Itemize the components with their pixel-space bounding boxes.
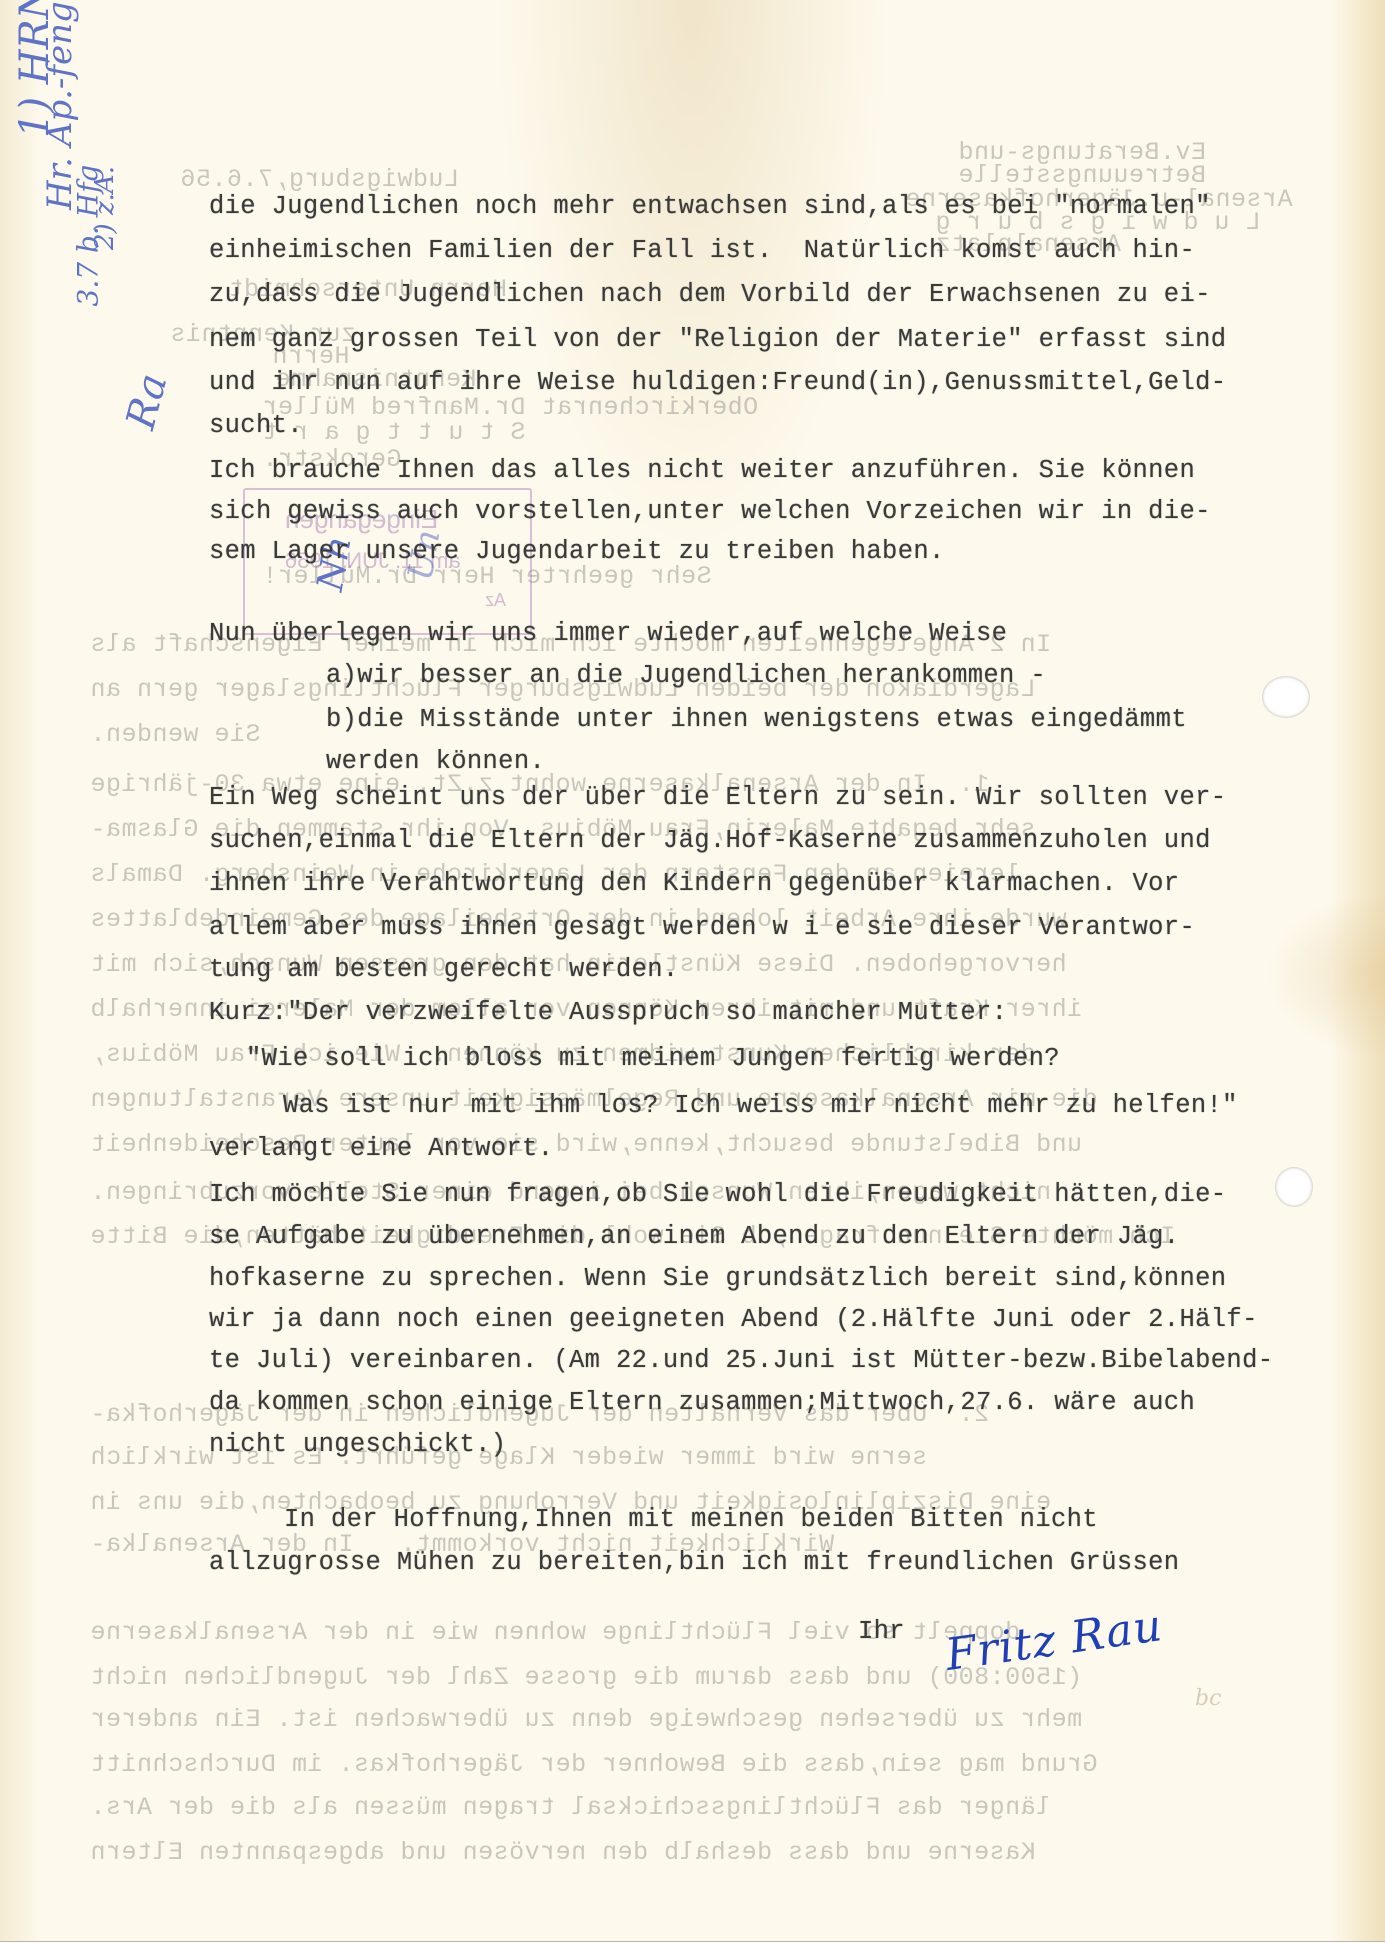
ghost-line: Grund mag sein,dass die Bewohner der Jäg… <box>90 1750 1098 1779</box>
body-line: nem ganz grossen Teil von der "Religion … <box>209 325 1226 354</box>
body-line: Ein Weg scheint uns der über die Eltern … <box>209 783 1226 812</box>
body-line: sucht. <box>209 411 303 440</box>
body-line: In der Hoffnung,Ihnen mit meinen beiden … <box>284 1505 1098 1534</box>
body-line: Kurz:"Der verzweifelte Ausspruch so manc… <box>209 998 1007 1027</box>
ghost-line: Kaserne und dass deshalb den nervösen un… <box>90 1838 1036 1867</box>
body-line: die Jugendlichen noch mehr entwachsen si… <box>209 192 1211 221</box>
body-line: se Aufgabe zu übernehmen,an einem Abend … <box>209 1222 1179 1251</box>
ghost-date: Ludwigsburg,7.6.56 <box>180 165 459 194</box>
body-line: sem Lager unsere Jugendarbeit zu treiben… <box>209 537 945 566</box>
body-line: hofkaserne zu sprechen. Wenn Sie grundsä… <box>209 1264 1226 1293</box>
body-line: a)wir besser an die Jugendlichen heranko… <box>326 661 1046 690</box>
body-line: te Juli) vereinbaren. (Am 22.und 25.Juni… <box>209 1346 1273 1375</box>
body-line: sich gewiss auch vorstellen,unter welche… <box>209 497 1211 526</box>
body-line: tung am besten gerecht werden. <box>209 955 679 984</box>
body-line: ihnen ihre Verahtwortung den Kindern geg… <box>209 869 1179 898</box>
body-line: suchen,einmal die Eltern der Jäg.Hof-Kas… <box>209 826 1211 855</box>
body-line: und ihr nun auf ihre Weise huldigen:Freu… <box>209 368 1226 397</box>
body-line: Nun überlegen wir uns immer wieder,auf w… <box>209 619 1007 648</box>
closing: Ihr <box>858 1617 905 1646</box>
ghost-line: mehr zu übersehen geschweige denn zu übe… <box>90 1705 1082 1734</box>
paper-hole <box>1262 676 1310 718</box>
body-line: Ich möchte Sie nun fragen,ob Sie wohl di… <box>209 1180 1226 1209</box>
scan-bottom-edge <box>0 1941 1385 1950</box>
body-line: werden können. <box>326 747 545 776</box>
paper-hole <box>1275 1167 1313 1207</box>
body-line: allzugrosse Mühen zu bereiten,bin ich mi… <box>209 1548 1179 1577</box>
body-line: "Wie soll ich bloss mit meinem Jungen fe… <box>246 1044 1060 1073</box>
body-line: Ich brauche Ihnen das alles nicht weiter… <box>209 456 1195 485</box>
body-line: zu,dass die Jugendlichen nach dem Vorbil… <box>209 280 1211 309</box>
body-line: wir ja dann noch einen geeigneten Abend … <box>209 1305 1258 1334</box>
ghost-line: (1500:800) und dass darum die grosse Zah… <box>90 1663 1082 1692</box>
body-line: Was ist nur mit ihm los? Ich weiss mir n… <box>283 1091 1238 1120</box>
body-line: verlangt eine Antwort. <box>209 1134 553 1163</box>
ghost-line: länger das Flüchtlingsschicksal tragen m… <box>90 1793 1051 1822</box>
ghost-line: Sie wenden. <box>90 720 261 749</box>
annotation-pencil: bc <box>1195 1686 1221 1711</box>
body-line: allem aber muss ihnen gesagt werden w i … <box>209 913 1195 942</box>
body-line: nicht ungeschickt.) <box>209 1430 506 1459</box>
annotation-line-4: 3.7 b. Hfg <box>72 165 105 307</box>
stamp-line-3: Az <box>485 590 506 611</box>
body-line: da kommen schon einige Eltern zusammen;M… <box>209 1388 1195 1417</box>
body-line: b)die Misstände unter ihnen wenigstens e… <box>326 705 1187 734</box>
body-line: einheimischen Familien der Fall ist. Nat… <box>209 236 1195 265</box>
